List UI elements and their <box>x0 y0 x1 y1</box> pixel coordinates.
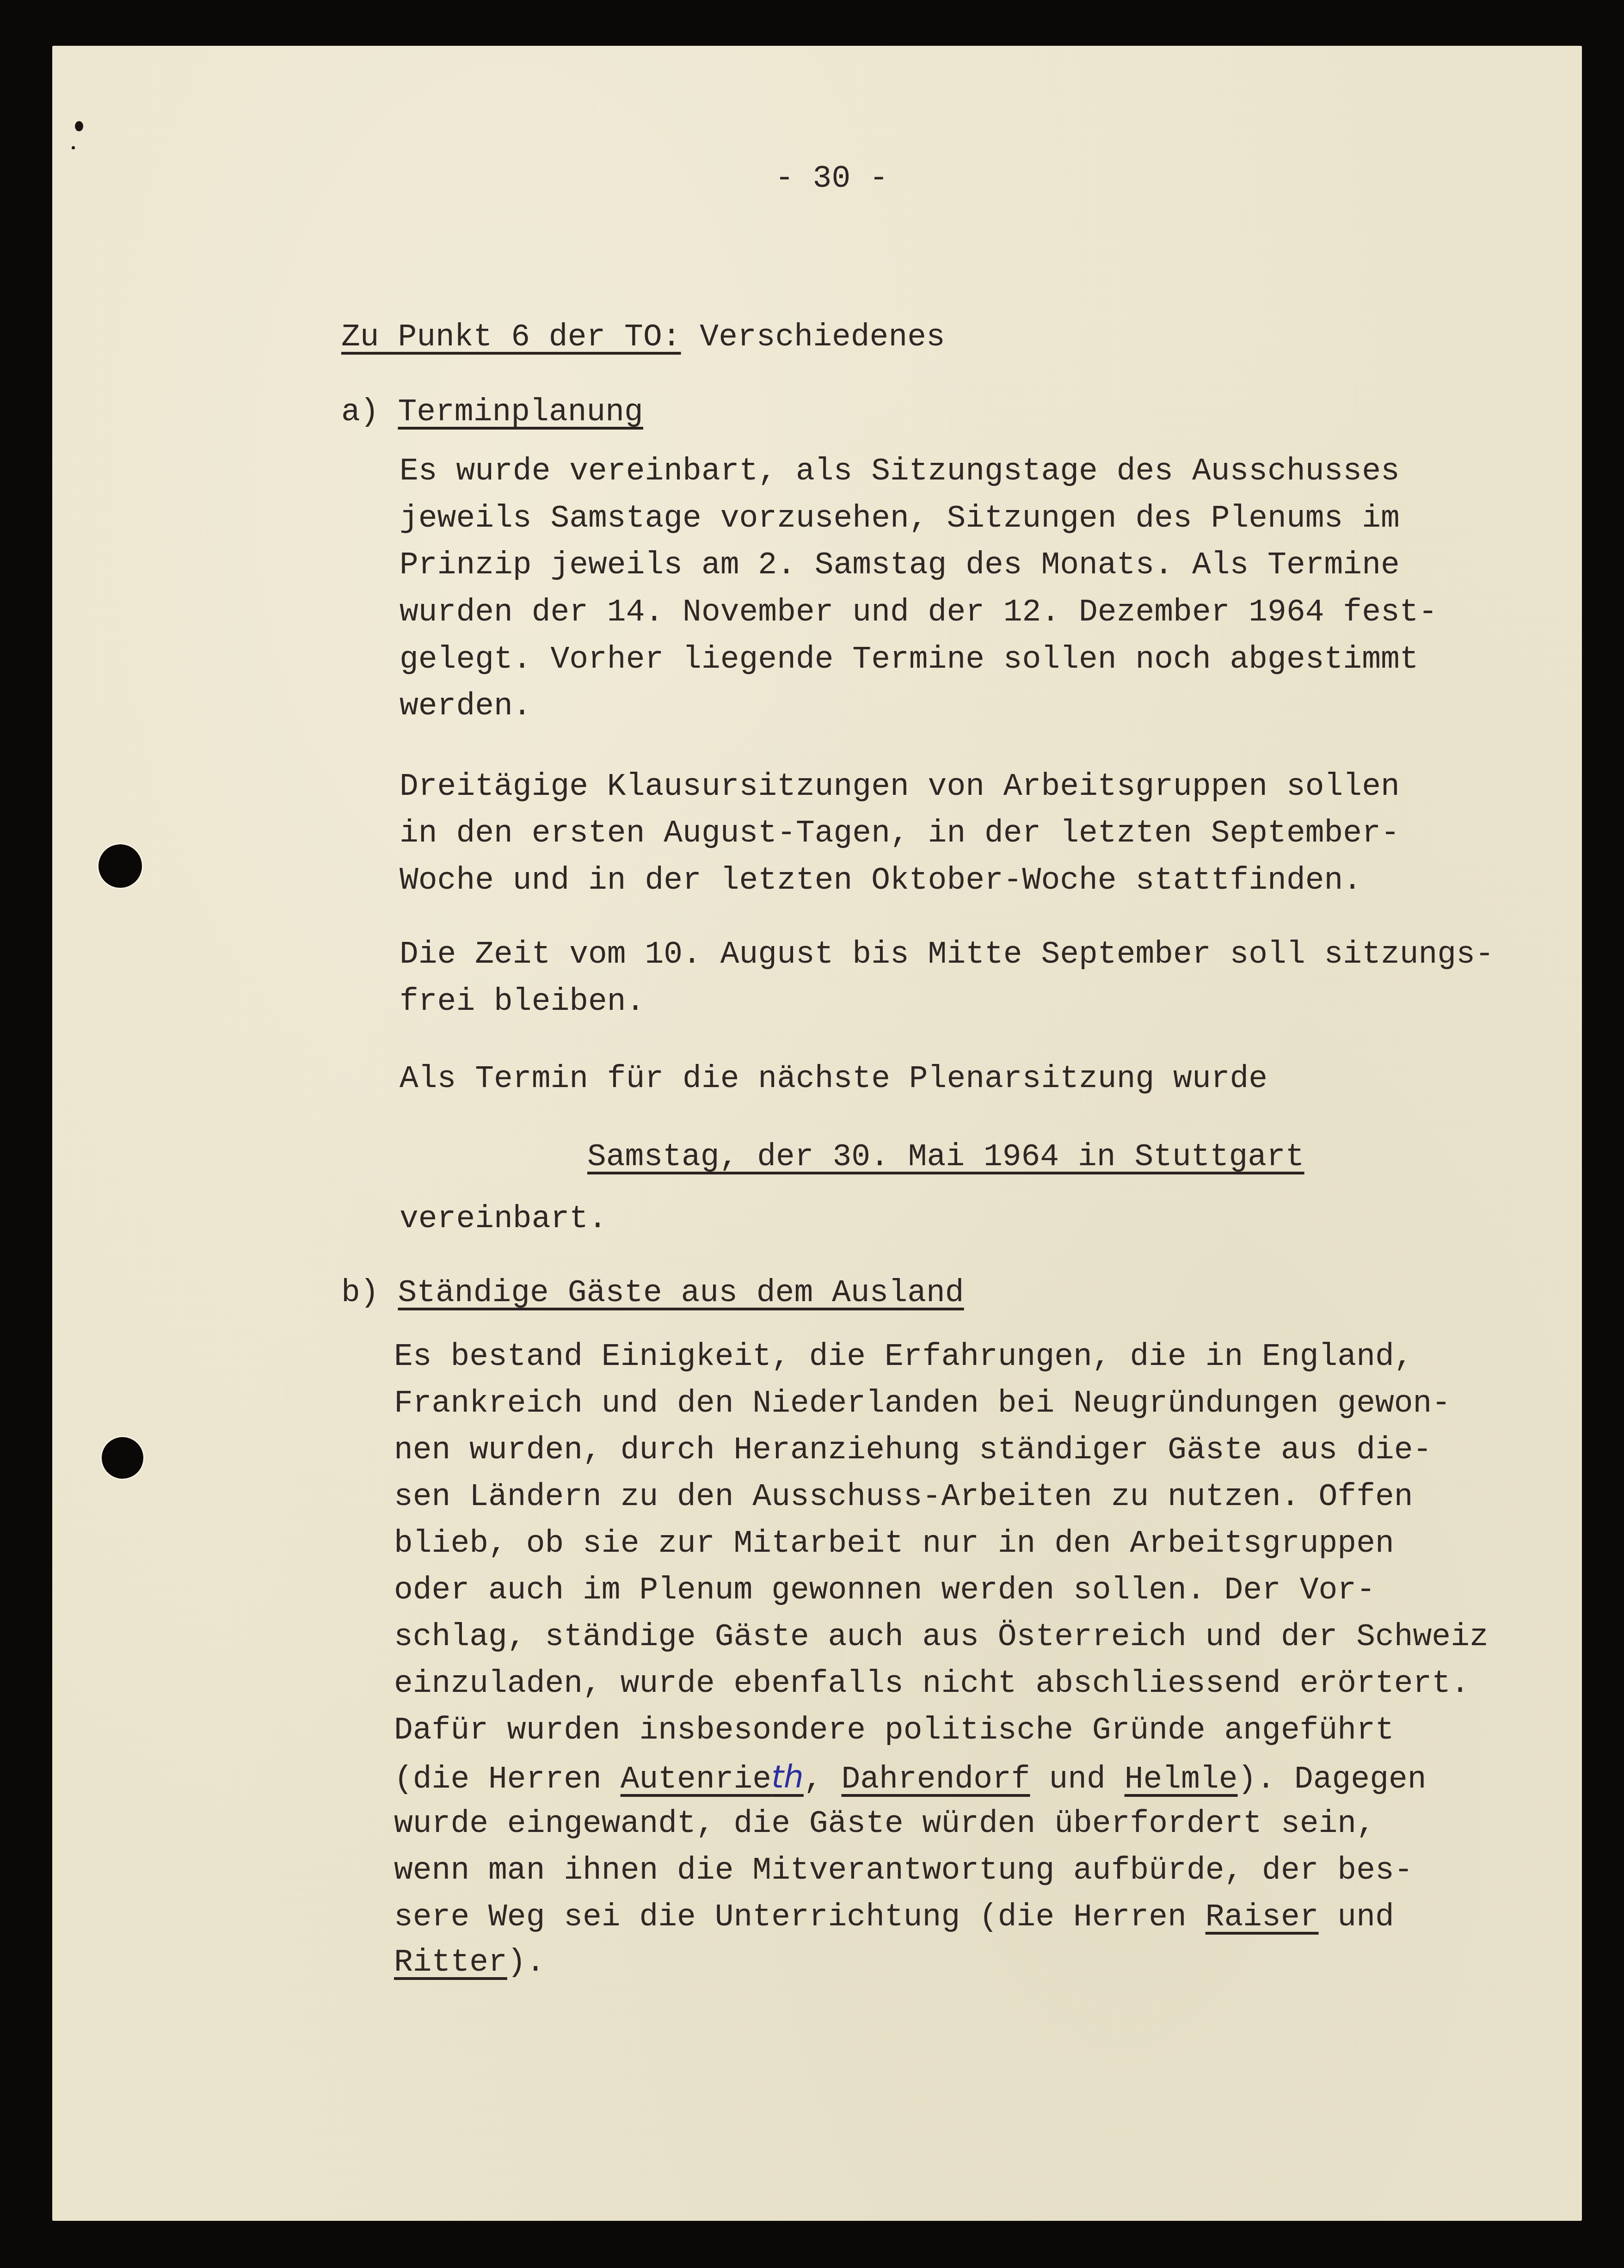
item-b-line: wenn man ihnen die Mitverantwortung aufb… <box>394 1852 1413 1889</box>
item-b-line: einzuladen, wurde ebenfalls nicht abschl… <box>394 1666 1470 1703</box>
names-suffix: ). Dagegen <box>1238 1762 1427 1797</box>
name-helmle: Helmle <box>1125 1762 1238 1797</box>
item-a-p1-line: jeweils Samstage vorzusehen, Sitzungen d… <box>400 500 1400 537</box>
name-raiser: Raiser <box>1206 1899 1319 1935</box>
names-prefix: (die Herren <box>394 1762 621 1797</box>
item-a-p2-line: Woche und in der letzten Oktober-Woche s… <box>400 862 1362 899</box>
item-b-line: Es bestand Einigkeit, die Erfahrungen, d… <box>394 1339 1413 1376</box>
item-a-p3-line: Die Zeit vom 10. August bis Mitte Septem… <box>400 936 1494 973</box>
item-a-p1-line: werden. <box>400 688 532 725</box>
handwritten-correction: th <box>771 1759 804 1795</box>
item-a-p1-line: Prinzip jeweils am 2. Samstag des Monats… <box>400 547 1400 584</box>
item-b-ritter-line: Ritter). <box>394 1944 545 1981</box>
name-dahrendorf: Dahrendorf <box>842 1762 1030 1797</box>
item-a-marker: a) <box>341 394 379 430</box>
item-b-line: Frankreich und den Niederlanden bei Neug… <box>394 1385 1451 1422</box>
item-a-p2-line: in den ersten August-Tagen, in der letzt… <box>400 815 1400 852</box>
page-number: - 30 - <box>775 160 888 197</box>
item-b-line: nen wurden, durch Heranziehung ständiger… <box>394 1432 1432 1469</box>
document-page <box>52 46 1582 2221</box>
punch-hole-upper <box>98 844 142 888</box>
item-b-line: wurde eingewandt, die Gäste würden überf… <box>394 1806 1375 1843</box>
item-b-line: oder auch im Plenum gewonnen werden soll… <box>394 1572 1375 1609</box>
names-sep1: , <box>804 1762 842 1797</box>
item-b-title: Ständige Gäste aus dem Ausland <box>398 1275 964 1311</box>
item-b-line: sen Ländern zu den Ausschuss-Arbeiten zu… <box>394 1479 1413 1516</box>
item-a-p4-intro: Als Termin für die nächste Plenarsitzung… <box>400 1061 1267 1098</box>
ritter-suffix: ). <box>507 1945 545 1980</box>
punch-hole-lower <box>102 1437 143 1479</box>
item-a-p1-line: Es wurde vereinbart, als Sitzungstage de… <box>400 453 1400 490</box>
raiser-suffix: und <box>1319 1899 1394 1935</box>
item-a-p3-line: frei bleiben. <box>400 983 645 1020</box>
item-b-raiser-line: sere Weg sei die Unterrichtung (die Herr… <box>394 1899 1394 1936</box>
item-b-line: Dafür wurden insbesondere politische Grü… <box>394 1712 1394 1749</box>
item-b-names-line: (die Herren Autenrieth, Dahrendorf und H… <box>394 1759 1427 1798</box>
raiser-prefix: sere Weg sei die Unterrichtung (die Herr… <box>394 1899 1206 1935</box>
item-a-p1-line: gelegt. Vorher liegende Termine sollen n… <box>400 641 1419 678</box>
paper-speck <box>72 146 75 149</box>
item-b-heading: b) Ständige Gäste aus dem Ausland <box>341 1275 964 1312</box>
section-heading: Zu Punkt 6 der TO: Verschiedenes <box>341 319 945 356</box>
item-b-line: blieb, ob sie zur Mitarbeit nur in den A… <box>394 1525 1394 1562</box>
section-heading-title: Verschiedenes <box>681 320 945 355</box>
names-sep2: und <box>1030 1762 1125 1797</box>
item-a-title: Terminplanung <box>398 394 643 430</box>
name-ritter: Ritter <box>394 1945 507 1980</box>
paper-speck <box>75 121 83 131</box>
item-a-p1-line: wurden der 14. November und der 12. Deze… <box>400 594 1437 631</box>
item-b-marker: b) <box>341 1275 379 1311</box>
item-a-p2-line: Dreitägige Klausursitzungen von Arbeitsg… <box>400 768 1400 805</box>
item-a-p4-outro: vereinbart. <box>400 1201 607 1238</box>
item-a-heading: a) Terminplanung <box>341 394 643 431</box>
next-meeting-date-text: Samstag, der 30. Mai 1964 in Stuttgart <box>587 1139 1304 1175</box>
section-heading-label: Zu Punkt 6 der TO: <box>341 320 681 355</box>
name-autenrieth-typed: Autenrie <box>621 1762 771 1797</box>
item-b-line: schlag, ständige Gäste auch aus Österrei… <box>394 1619 1489 1656</box>
name-autenrieth: Autenrieth <box>621 1762 804 1797</box>
next-meeting-date: Samstag, der 30. Mai 1964 in Stuttgart <box>587 1139 1304 1176</box>
